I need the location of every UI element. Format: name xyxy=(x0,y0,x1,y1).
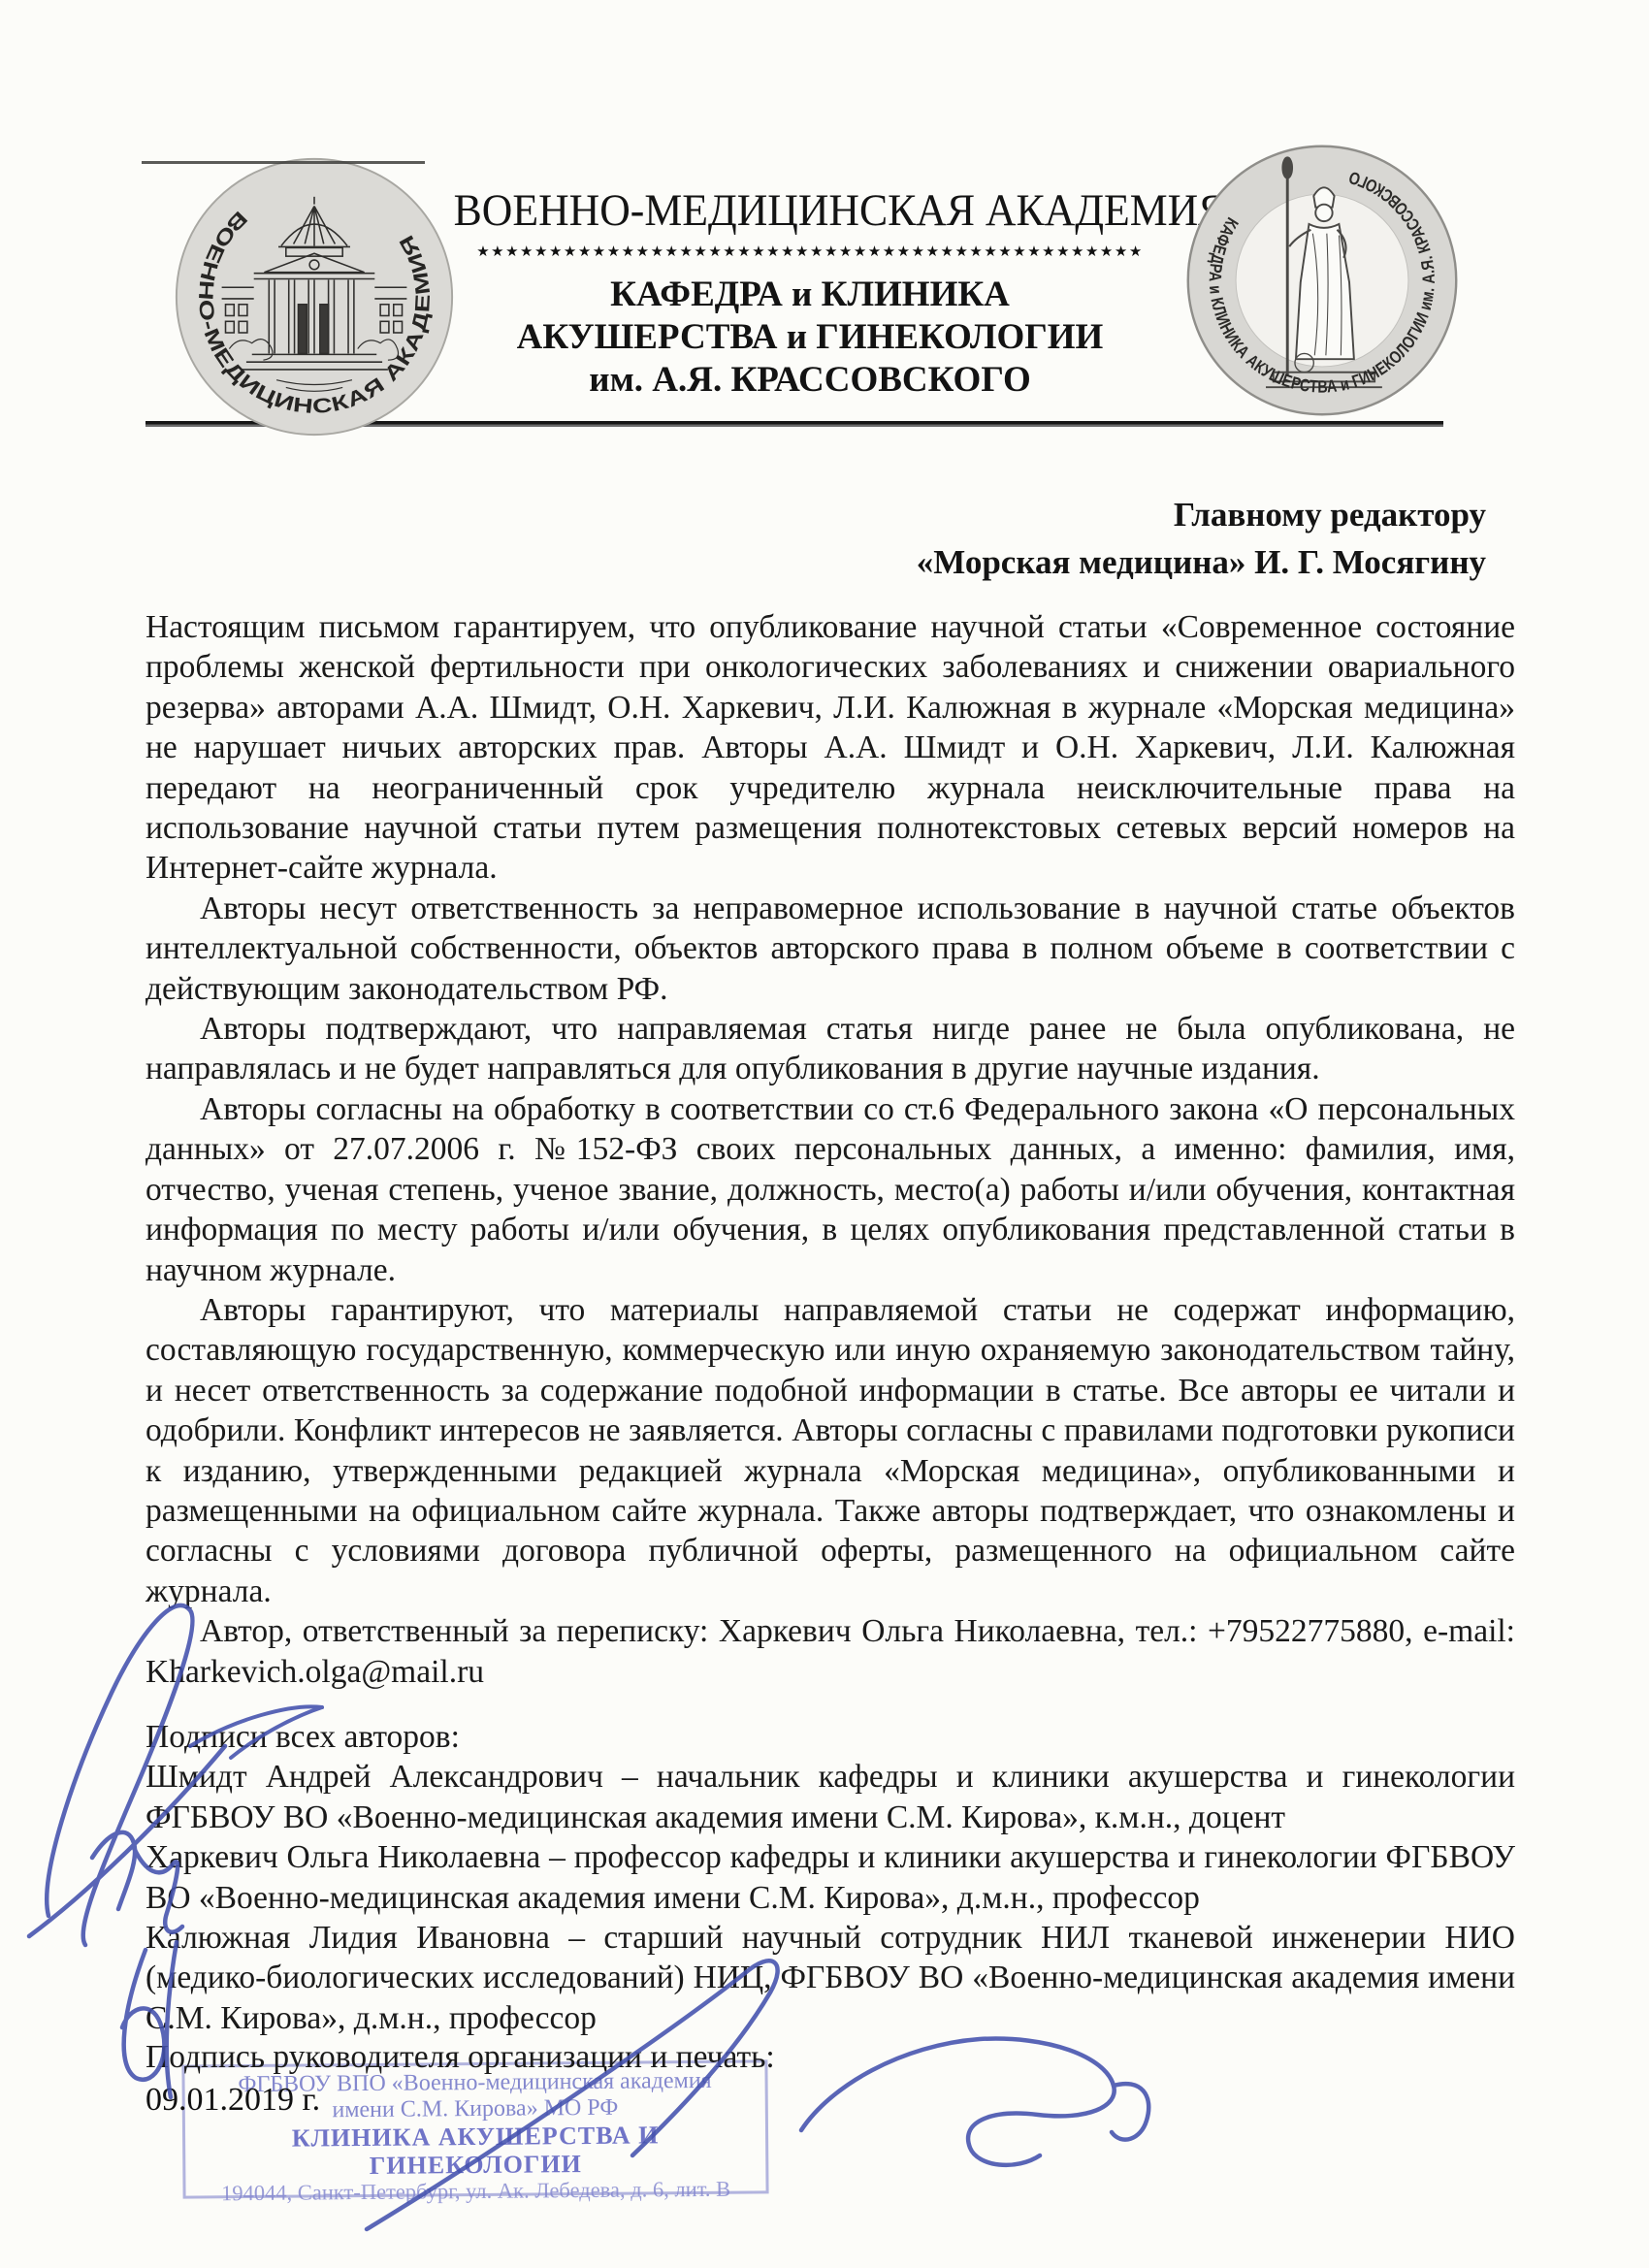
recipient-block: Главному редактору «Морская медицина» И.… xyxy=(679,491,1486,586)
author-entry-kharkevich: Харкевич Ольга Николаевна – профессор ка… xyxy=(145,1837,1515,1918)
paragraph-corresponding-author: Автор, ответственный за переписку: Харке… xyxy=(145,1611,1515,1692)
letterhead-center: ВОЕННО-МЕДИЦИНСКАЯ АКАДЕМИЯ ★★★★★★★★★★★★… xyxy=(427,184,1193,402)
scanned-letter-page: { "header": { "academy_title": "ВОЕННО-М… xyxy=(0,0,1649,2268)
paragraph-personal-data: Авторы согласны на обработку в соответст… xyxy=(145,1089,1515,1290)
author-entry-kalyuzhnaya: Калюжная Лидия Ивановна – старший научны… xyxy=(145,1918,1515,2038)
recipient-line2: «Морская медицина» И. Г. Мосягину xyxy=(679,538,1486,586)
authors-signatures-section: Подписи всех авторов: Шмидт Андрей Алекс… xyxy=(145,1717,1515,2038)
paragraph-responsibility: Авторы несут ответственность за неправом… xyxy=(145,889,1515,1009)
academy-building-icon: ВОЕННО-МЕДИЦИНСКАЯ АКАДЕМИЯ xyxy=(173,155,456,438)
academy-title: ВОЕННО-МЕДИЦИНСКАЯ АКАДЕМИЯ xyxy=(454,184,1167,237)
paragraph-not-published: Авторы подтверждают, что направляемая ст… xyxy=(145,1009,1515,1089)
date: 09.01.2019 г. xyxy=(145,2082,320,2119)
stamp-line4: 194044, Санкт-Петербург, ул. Ак. Лебедев… xyxy=(193,2176,758,2205)
department-line2: АКУШЕРСТВА и ГИНЕКОЛОГИИ xyxy=(427,316,1193,359)
department-seal-emblem: КАФЕДРА и КЛИНИКА АКУШЕРСТВА и ГИНЕКОЛОГ… xyxy=(1181,140,1463,421)
letter-body: Настоящим письмом гарантируем, что опубл… xyxy=(145,607,1515,1692)
academy-seal-emblem: ВОЕННО-МЕДИЦИНСКАЯ АКАДЕМИЯ xyxy=(173,155,456,438)
director-signature-caption: Подпись руководителя организации и печат… xyxy=(145,2039,775,2076)
paragraph-no-secrets: Авторы гарантируют, что материалы направ… xyxy=(145,1290,1515,1611)
department-line3: им. А.Я. КРАССОВСКОГО xyxy=(427,359,1193,402)
signatures-heading: Подписи всех авторов: xyxy=(145,1717,1515,1757)
author-entry-shmidt: Шмидт Андрей Александрович – начальник к… xyxy=(145,1757,1515,1837)
recipient-line1: Главному редактору xyxy=(679,491,1486,538)
department-line1: КАФЕДРА и КЛИНИКА xyxy=(427,274,1193,316)
clinic-rectangular-stamp: ФГБВОУ ВПО «Военно-медицинская академия … xyxy=(181,2059,768,2198)
stars-divider: ★★★★★★★★★★★★★★★★★★★★★★★★★★★★★★★★★★★★★★★★… xyxy=(427,243,1193,260)
letterhead-top-line xyxy=(142,161,425,164)
statue-icon: КАФЕДРА и КЛИНИКА АКУШЕРСТВА и ГИНЕКОЛОГ… xyxy=(1181,140,1463,421)
paragraph-guarantee: Настоящим письмом гарантируем, что опубл… xyxy=(145,607,1515,889)
stamp-line3: КЛИНИКА АКУШЕРСТВА И ГИНЕКОЛОГИИ xyxy=(193,2120,758,2181)
department-title: КАФЕДРА и КЛИНИКА АКУШЕРСТВА и ГИНЕКОЛОГ… xyxy=(427,274,1193,402)
